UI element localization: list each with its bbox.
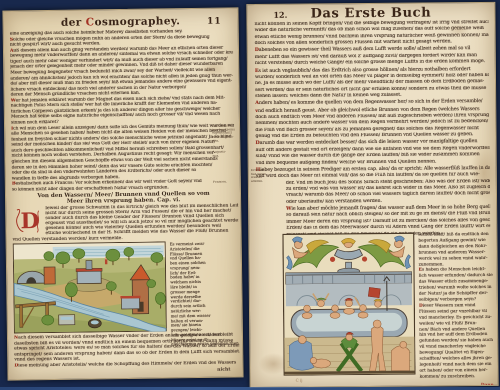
fountain (77, 270, 101, 283)
page-number: 11 (207, 17, 222, 27)
body-text-block: eine anzeigung das auch solche heimliche… (10, 28, 235, 192)
red-wall (44, 267, 55, 284)
marginal-note-line: nus. (212, 154, 238, 158)
side-column: seinen lauff/ biß da endtlich denbegerte… (418, 232, 493, 388)
catchword: nicht (217, 368, 230, 373)
marginal-note-line: Francos. (213, 180, 239, 184)
marginal-note: Augusti-nus. (212, 150, 238, 158)
signature-mark: C ij (296, 378, 303, 383)
woodcut-waterworks-illustration (13, 241, 167, 333)
chapter-opening-paragraph: D Ieweil der grosse Schwamm in das Ertri… (12, 203, 238, 242)
hanging-garment (368, 287, 380, 297)
woodcut-bathhouse-illustration (282, 233, 415, 376)
left-page: der Cosmographey. 11 eine anzeigung das … (2, 7, 243, 380)
svg-text:D: D (20, 209, 39, 234)
marginal-note: Francos. (213, 180, 239, 184)
marginal-note: Der Menschkan sein selbseigenschafftnich… (212, 124, 238, 143)
page-number: 12. (273, 10, 287, 20)
body-text-block: nicht können in seinen Kopff bringen/ vn… (254, 20, 490, 239)
figure (105, 259, 107, 264)
running-title: der Cosmographey. (4, 14, 238, 29)
marginal-note-line: äderen. (251, 180, 281, 184)
catchword: Dann (420, 380, 494, 388)
marginal-note: Erdtrichhat jnnenwasseräderen. (251, 169, 281, 184)
well-basin (121, 298, 139, 309)
bottom-text-block: Nach diesem versamblet sich dasselbige W… (14, 332, 239, 369)
book-scan: der Cosmographey. 11 eine anzeigung das … (0, 0, 500, 390)
text-line: vnd mancherley. Es geschicht zu- (419, 315, 493, 322)
ornate-drop-cap: D (14, 207, 42, 233)
right-page: Das Erste Buch 12. nicht können in seine… (246, 2, 498, 388)
marginal-note-line: den. (212, 139, 238, 143)
text-line: werck wol zu sehen vnnd wahr- (419, 256, 493, 263)
